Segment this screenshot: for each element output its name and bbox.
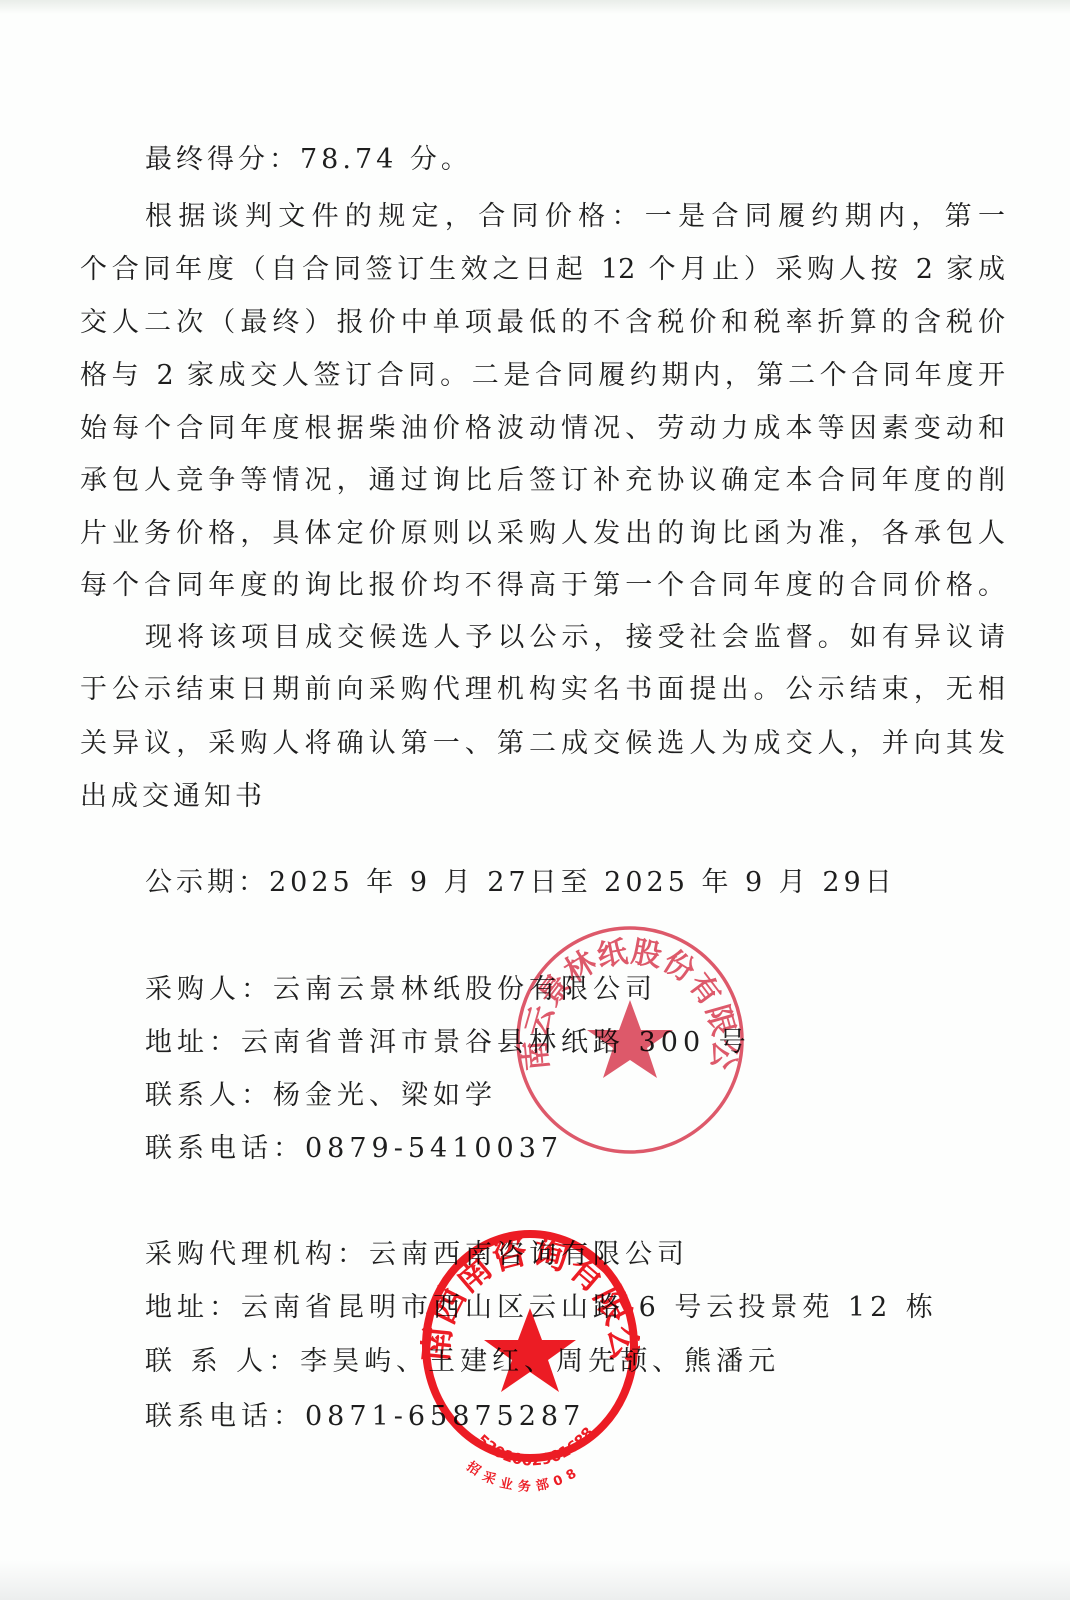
scan-edge-bottom bbox=[0, 1560, 1070, 1600]
paragraph-line: 格与 2 家成交人签订合同。二是合同履约期内，第二个合同年度开 bbox=[80, 359, 1005, 393]
final-score-line: 最终得分：78.74 分。 bbox=[145, 143, 472, 177]
agency-contact-row: 联 系 人：李昊屿、王建红、周先颉、熊潘元 bbox=[145, 1345, 780, 1379]
purchaser-phone: 0879-5410037 bbox=[305, 1133, 563, 1164]
purchaser-name-row: 采购人：云南云景林纸股份有限公司 bbox=[145, 973, 657, 1007]
paragraph-line: 交人二次（最终）报价中单项最低的不含税价和税率折算的含税价 bbox=[80, 306, 1005, 340]
agency-address: 云南省昆明市西山区云山路 6 号云投景苑 12 栋 bbox=[241, 1292, 938, 1323]
purchaser-name: 云南云景林纸股份有限公司 bbox=[273, 974, 657, 1005]
agency-name-label: 采购代理机构： bbox=[145, 1239, 369, 1270]
paragraph-line: 每个合同年度的询比报价均不得高于第一个合同年度的合同价格。 bbox=[80, 569, 1005, 603]
agency-contact: 李昊屿、王建红、周先颉、熊潘元 bbox=[300, 1346, 780, 1377]
purchaser-address: 云南省普洱市景谷县林纸路 300 号 bbox=[241, 1027, 751, 1058]
agency-name: 云南西南咨询有限公司 bbox=[369, 1239, 689, 1270]
paragraph-line: 片业务价格，具体定价原则以采购人发出的询比函为准，各承包人 bbox=[80, 517, 1005, 551]
paragraph-line: 根据谈判文件的规定，合同价格：一是合同履约期内，第一 bbox=[145, 200, 1005, 234]
agency-phone-row: 联系电话：0871-65875287 bbox=[145, 1400, 585, 1434]
scan-edge-top bbox=[0, 0, 1070, 14]
paragraph-line: 个合同年度（自合同签订生效之日起 12 个月止）采购人按 2 家成 bbox=[80, 253, 1005, 287]
paragraph-line: 始每个合同年度根据柴油价格波动情况、劳动力成本等因素变动和 bbox=[80, 412, 1005, 446]
agency-address-row: 地址：云南省昆明市西山区云山路 6 号云投景苑 12 栋 bbox=[145, 1291, 938, 1325]
paragraph-line: 出成交通知书 bbox=[80, 780, 266, 814]
agency-address-label: 地址： bbox=[145, 1292, 241, 1323]
purchaser-contact-label: 联系人： bbox=[145, 1080, 273, 1111]
svg-text:招采业务部08: 招采业务部08 bbox=[464, 1458, 585, 1494]
publicity-period-label: 公示期： bbox=[145, 867, 269, 898]
purchaser-phone-label: 联系电话： bbox=[145, 1133, 305, 1164]
agency-name-row: 采购代理机构：云南西南咨询有限公司 bbox=[145, 1238, 689, 1272]
agency-phone: 0871-65875287 bbox=[305, 1401, 585, 1432]
paragraph-line: 于公示结束日期前向采购代理机构实名书面提出。公示结束，无相 bbox=[80, 673, 1005, 707]
seal-subtext: 招采业务部08 bbox=[464, 1458, 585, 1494]
agency-contact-label: 联 系 人： bbox=[145, 1346, 300, 1377]
agency-phone-label: 联系电话： bbox=[145, 1401, 305, 1432]
publicity-period: 公示期：2025 年 9 月 27日至 2025 年 9 月 29日 bbox=[145, 866, 896, 900]
purchaser-address-row: 地址：云南省普洱市景谷县林纸路 300 号 bbox=[145, 1026, 751, 1060]
purchaser-phone-row: 联系电话：0879-5410037 bbox=[145, 1132, 563, 1166]
paragraph-line: 关异议，采购人将确认第一、第二成交候选人为成交人，并向其发 bbox=[80, 727, 1005, 761]
paragraph-line: 承包人竞争等情况，通过询比后签订补充协议确定本合同年度的削 bbox=[80, 464, 1005, 498]
purchaser-address-label: 地址： bbox=[145, 1027, 241, 1058]
purchaser-name-label: 采购人： bbox=[145, 974, 273, 1005]
publicity-period-value: 2025 年 9 月 27日至 2025 年 9 月 29日 bbox=[269, 867, 896, 898]
paragraph-line: 现将该项目成交候选人予以公示，接受社会监督。如有异议请 bbox=[145, 621, 1005, 655]
purchaser-contact: 杨金光、梁如学 bbox=[273, 1080, 497, 1111]
purchaser-contact-row: 联系人：杨金光、梁如学 bbox=[145, 1079, 497, 1113]
